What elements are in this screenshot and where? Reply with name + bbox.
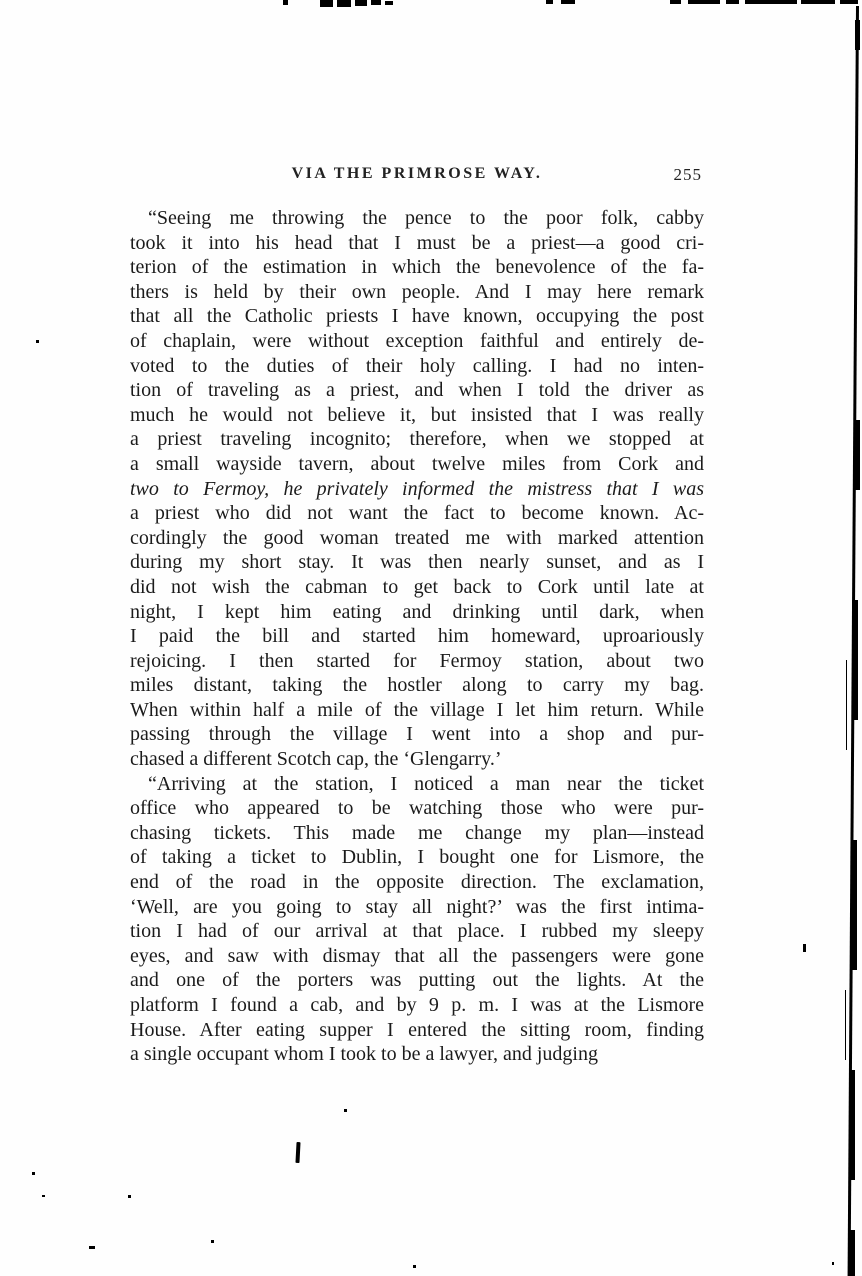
- text-line: night, I kept him eating and drinking un…: [130, 600, 704, 625]
- text-line: a priest who did not want the fact to be…: [130, 501, 704, 526]
- text-line: a priest traveling incognito; therefore,…: [130, 427, 704, 452]
- scan-speck: [36, 340, 39, 343]
- scan-top-dash: [385, 1, 393, 5]
- scan-top-dash: [840, 0, 858, 4]
- scan-edge-blob: [850, 1070, 855, 1180]
- text-line: of taking a ticket to Dublin, I bought o…: [130, 845, 704, 870]
- scan-speck: [32, 1172, 35, 1175]
- scanned-book-page: VIA THE PRIMROSE WAY. 255 “Seeing me thr…: [0, 0, 862, 1276]
- scan-top-dash: [670, 0, 681, 4]
- scan-edge-blob: [851, 840, 857, 970]
- scan-edge-thin: [846, 660, 847, 750]
- text-line: that all the Catholic priests I have kno…: [130, 304, 704, 329]
- text-line: a small wayside tavern, about twelve mil…: [130, 452, 704, 477]
- text-line: When within half a mile of the village I…: [130, 698, 704, 723]
- text-line: platform I found a cab, and by 9 p. m. I…: [130, 993, 704, 1018]
- scan-edge-blob: [848, 1230, 855, 1276]
- scan-top-dash: [320, 0, 333, 7]
- scan-edge-blob: [855, 20, 860, 50]
- scan-speck: [89, 1246, 95, 1249]
- scan-speck: [42, 1195, 45, 1197]
- scan-top-dash: [371, 0, 381, 5]
- page-number: 255: [674, 165, 703, 185]
- pen-stroke-mark: [295, 1142, 300, 1163]
- scan-top-dash: [745, 0, 797, 4]
- scan-speck: [344, 1109, 347, 1112]
- scan-top-dash: [688, 0, 720, 4]
- scan-speck: [803, 944, 806, 952]
- scan-top-dash: [355, 0, 367, 6]
- scan-top-dash: [283, 0, 288, 5]
- text-line: miles distant, taking the hostler along …: [130, 673, 704, 698]
- text-line: “Seeing me throwing the pence to the poo…: [130, 206, 704, 231]
- scan-top-dash: [337, 0, 351, 7]
- scan-speck: [832, 1262, 834, 1265]
- text-line: a single occupant whom I took to be a la…: [130, 1042, 704, 1067]
- text-line: passing through the village I went into …: [130, 722, 704, 747]
- scan-top-dash: [561, 0, 575, 4]
- paragraph: “Seeing me throwing the pence to the poo…: [130, 206, 704, 772]
- text-line: much he would not believe it, but insist…: [130, 403, 704, 428]
- scan-speck: [128, 1195, 131, 1198]
- page-title: VIA THE PRIMROSE WAY.: [130, 165, 704, 183]
- text-line: terion of the estimation in which the be…: [130, 255, 704, 280]
- text-line: and one of the porters was putting out t…: [130, 968, 704, 993]
- text-line: end of the road in the opposite directio…: [130, 870, 704, 895]
- text-line: voted to the duties of their holy callin…: [130, 354, 704, 379]
- text-line: chasing tickets. This made me change my …: [130, 821, 704, 846]
- scan-edge-blob: [852, 600, 858, 720]
- text-line: “Arriving at the station, I noticed a ma…: [130, 772, 704, 797]
- scan-top-dash: [726, 0, 739, 4]
- scan-edge-thin: [845, 990, 846, 1060]
- text-line: of chaplain, were without exception fait…: [130, 329, 704, 354]
- text-line: took it into his head that I must be a p…: [130, 231, 704, 256]
- text-line: eyes, and saw with dismay that all the p…: [130, 944, 704, 969]
- text-line: cordingly the good woman treated me with…: [130, 526, 704, 551]
- text-line: thers is held by their own people. And I…: [130, 280, 704, 305]
- page-body: “Seeing me throwing the pence to the poo…: [130, 206, 704, 1067]
- scan-speck: [413, 1265, 416, 1268]
- text-line: ‘Well, are you going to stay all night?’…: [130, 895, 704, 920]
- text-line: rejoicing. I then started for Fermoy sta…: [130, 649, 704, 674]
- text-line: House. After eating supper I entered the…: [130, 1018, 704, 1043]
- scan-speck: [211, 1240, 214, 1243]
- text-line: during my short stay. It was then nearly…: [130, 550, 704, 575]
- running-header: VIA THE PRIMROSE WAY. 255: [130, 165, 704, 187]
- text-line: chased a different Scotch cap, the ‘Glen…: [130, 747, 704, 772]
- text-line-italic: two to Fermoy, he privately informed the…: [130, 477, 704, 502]
- scan-edge-blob: [854, 420, 860, 490]
- scan-top-dash: [801, 0, 835, 4]
- text-line: I paid the bill and started him homeward…: [130, 624, 704, 649]
- text-line: tion I had of our arrival at that place.…: [130, 919, 704, 944]
- text-line: tion of traveling as a priest, and when …: [130, 378, 704, 403]
- text-line: office who appeared to be watching those…: [130, 796, 704, 821]
- scan-top-dash: [546, 0, 553, 4]
- paragraph: “Arriving at the station, I noticed a ma…: [130, 772, 704, 1067]
- text-line: did not wish the cabman to get back to C…: [130, 575, 704, 600]
